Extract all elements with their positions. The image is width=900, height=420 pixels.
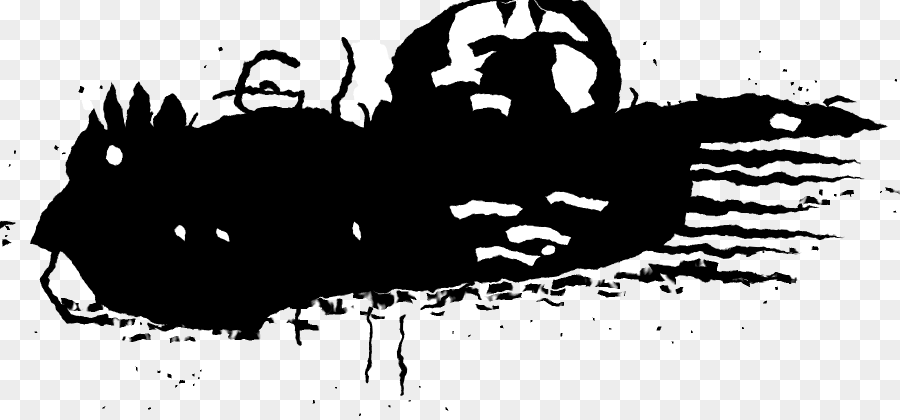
s-curve-stroke — [335, 42, 350, 124]
ink-layer — [0, 0, 898, 416]
ink-splatter-artwork — [0, 0, 900, 420]
transparency-checkerboard — [0, 0, 900, 420]
ink-body — [0, 0, 888, 332]
